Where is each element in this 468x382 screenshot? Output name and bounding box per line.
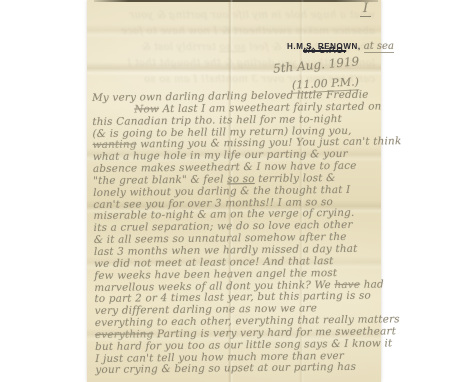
- letter-line: your crying & being so upset at our part…: [95, 362, 383, 377]
- struck-word: have: [334, 278, 360, 290]
- struck-address: c/o G.P.O.: [303, 46, 346, 55]
- struck-word: everything: [95, 328, 154, 341]
- struck-word: wanting: [93, 139, 137, 152]
- letter-date: 5th Aug. 1919: [273, 54, 360, 75]
- handwritten-text: had: [360, 278, 384, 290]
- page-number: I: [360, 2, 371, 17]
- handwritten-text: your crying & being so upset at our part…: [95, 361, 356, 376]
- paper-top-edge: [94, 0, 378, 2]
- handwritten-text: terribly lost &: [141, 42, 219, 53]
- letter-body: My very own darling darling beloved litt…: [92, 89, 383, 377]
- struck-word: Now: [134, 103, 159, 115]
- underlined-word: so so: [219, 42, 245, 53]
- handwritten-text: what a huge hole in my life our parting …: [129, 10, 375, 21]
- handwritten-location: at sea: [364, 41, 394, 53]
- underlined-word: so so: [227, 173, 255, 185]
- letter-paper: what a huge hole in my life our parting …: [87, 0, 381, 382]
- photo-canvas: what a huge hole in my life our parting …: [0, 0, 468, 382]
- letter-line: what a huge hole in my life our parting …: [95, 8, 375, 24]
